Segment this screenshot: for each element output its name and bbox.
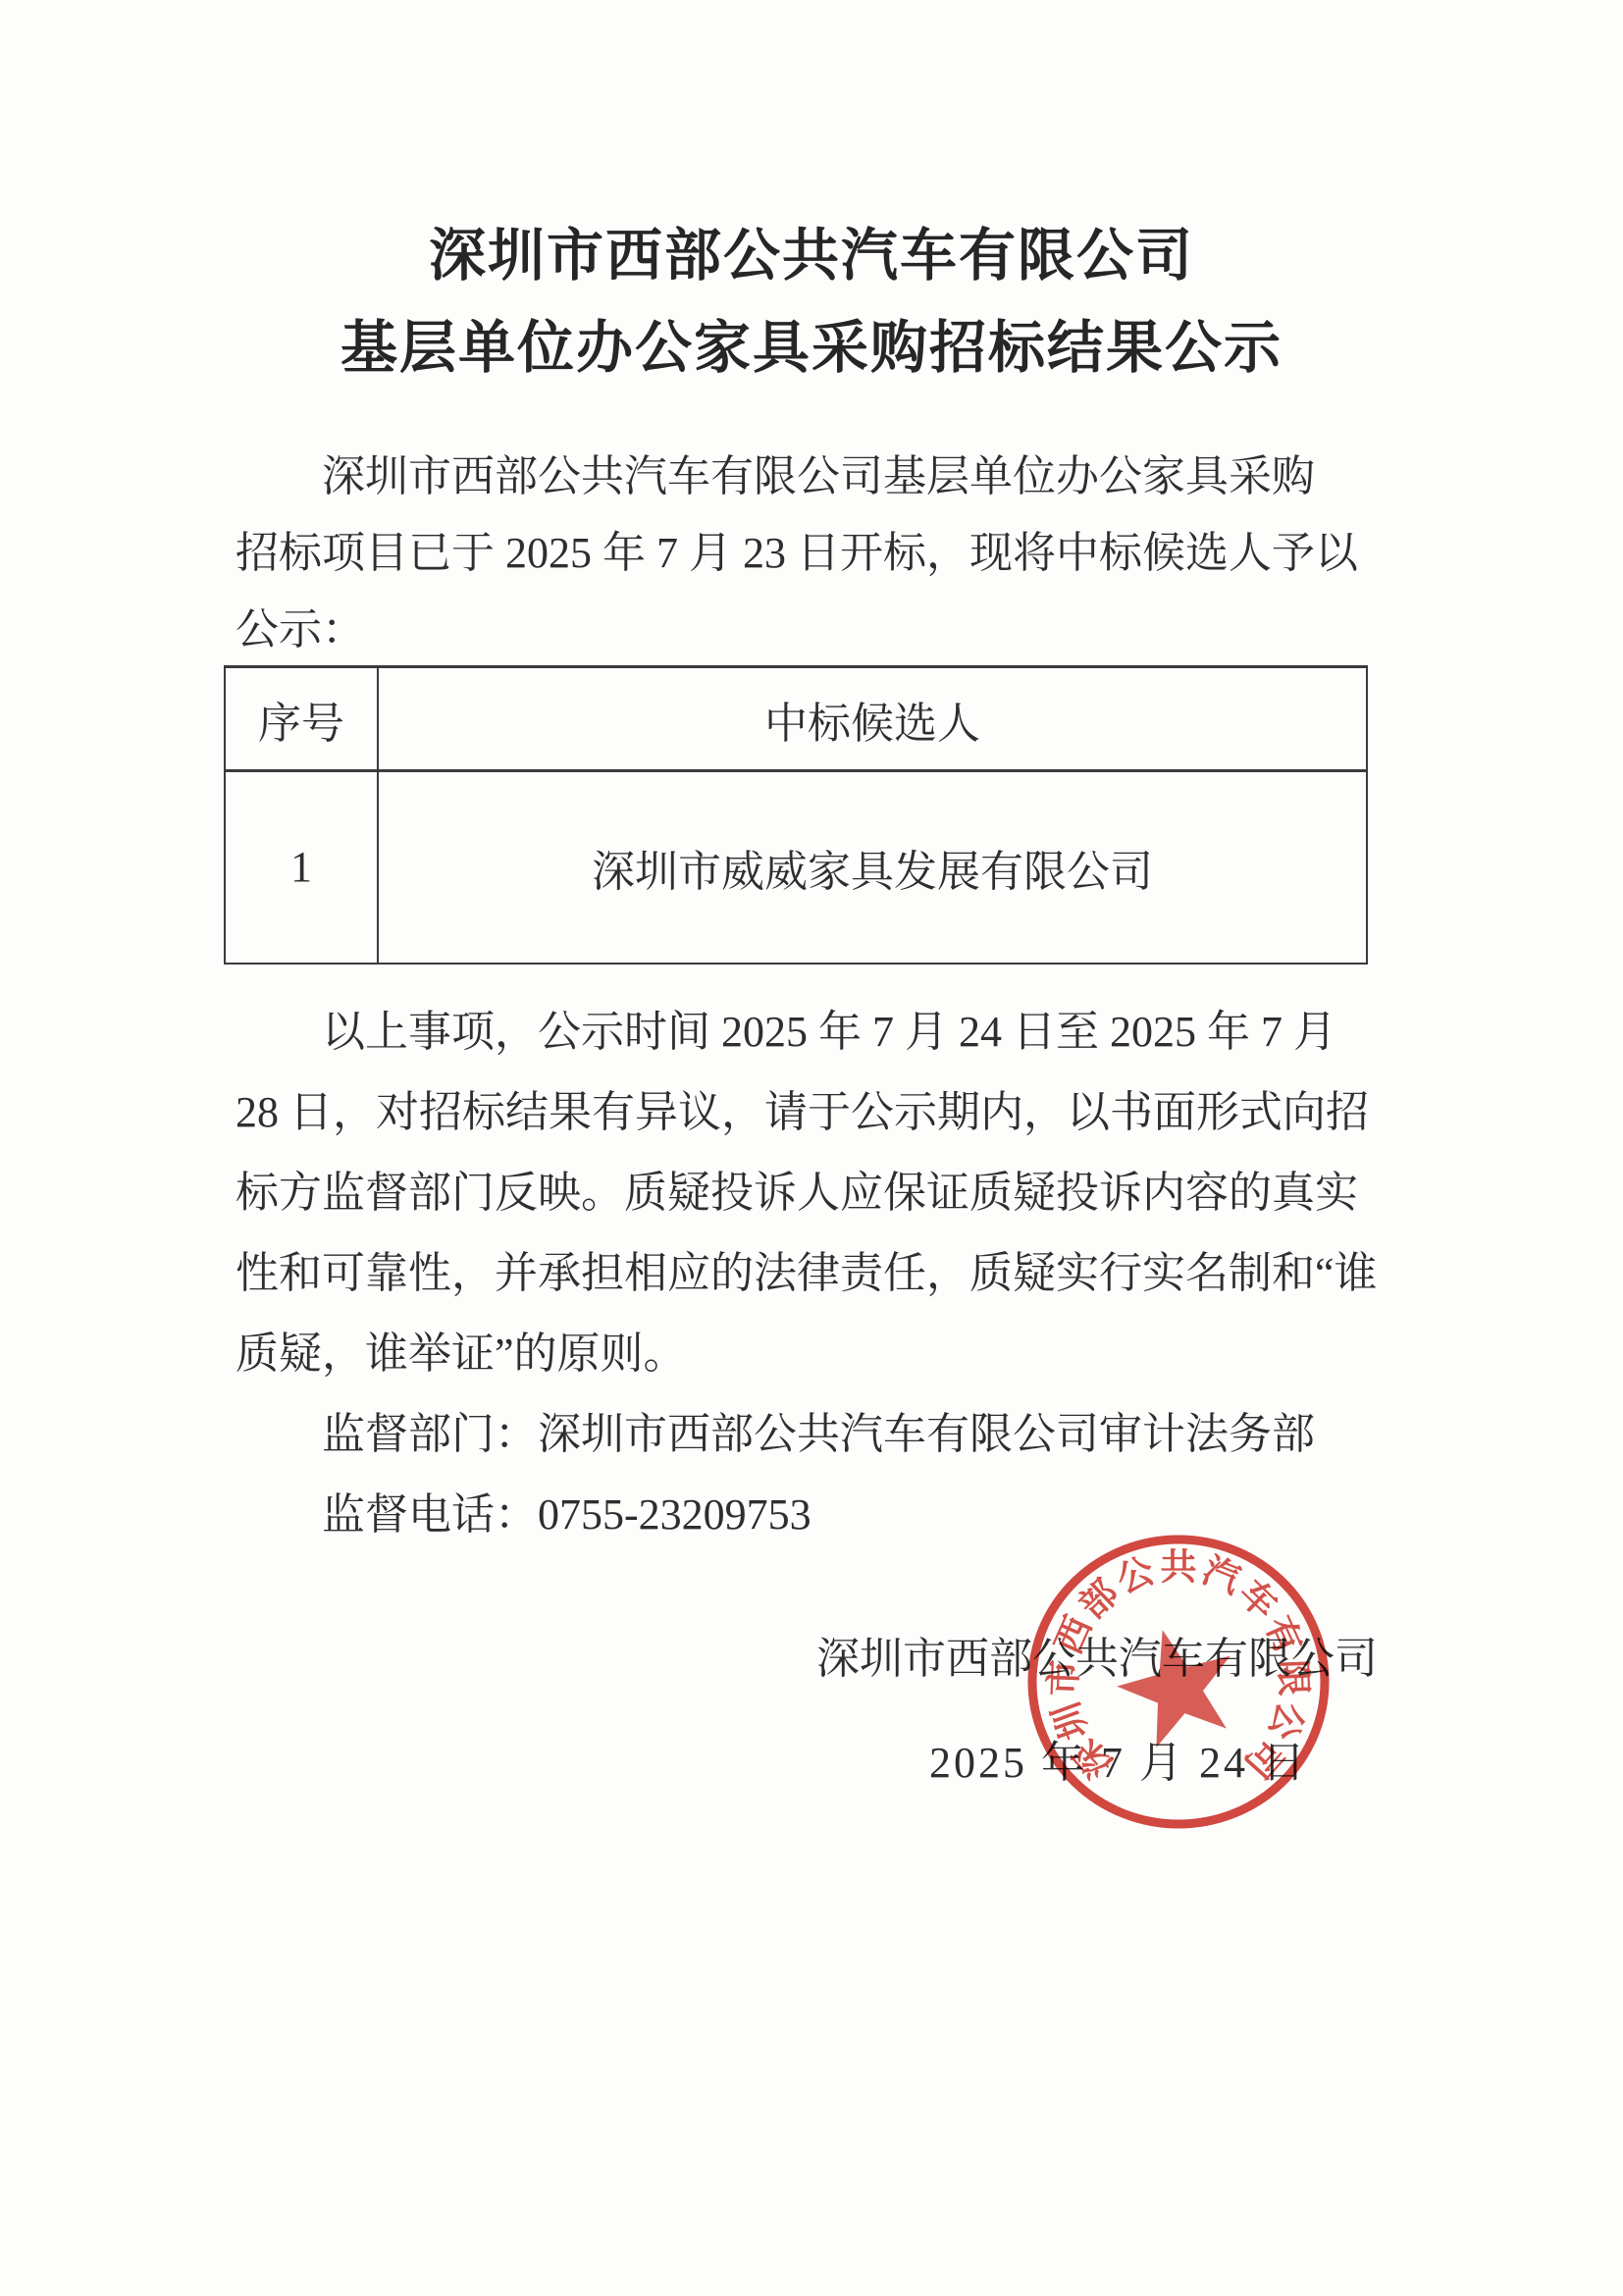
title-line-2: 基层单位办公家具采购招标结果公示 (0, 302, 1623, 394)
title-line-1: 深圳市西部公共汽车有限公司 (0, 210, 1623, 302)
notice-line-2: 28 日，对招标结果有异议，请于公示期内，以书面形式向招 (236, 1068, 1389, 1148)
svg-text:市: 市 (1043, 1659, 1085, 1696)
company-seal: 深圳市西部公共汽车有限公司 (1019, 1527, 1338, 1839)
supervision-department-line: 监督部门：深圳市西部公共汽车有限公司审计法务部 (236, 1389, 1389, 1470)
document-title: 深圳市西部公共汽车有限公司 基层单位办公家具采购招标结果公示 (0, 210, 1623, 394)
notice-line-3: 标方监督部门反映。质疑投诉人应保证质疑投诉内容的真实 (236, 1148, 1389, 1228)
intro-line-3: 公示： (236, 587, 1389, 663)
company-seal-graphic: 深圳市西部公共汽车有限公司 (1019, 1527, 1338, 1839)
table-header-row: 序号 中标候选人 (225, 667, 1367, 771)
svg-text:共: 共 (1161, 1547, 1197, 1589)
header-cell-candidate: 中标候选人 (378, 667, 1367, 771)
notice-paragraph: 以上事项，公示时间 2025 年 7 月 24 日至 2025 年 7 月 28… (236, 987, 1389, 1389)
svg-text:圳: 圳 (1046, 1696, 1096, 1745)
document-page: 深圳市西部公共汽车有限公司 基层单位办公家具采购招标结果公示 深圳市西部公共汽车… (0, 0, 1623, 2296)
page: { "document": { "title_lines": [ "深圳市西部公… (0, 0, 1623, 2296)
intro-line-2: 招标项目已于 2025 年 7 月 23 日开标，现将中标候选人予以 (236, 510, 1389, 587)
intro-line-1: 深圳市西部公共汽车有限公司基层单位办公家具采购 (236, 434, 1389, 510)
bid-results-table: 序号 中标候选人 1 深圳市威威家具发展有限公司 (224, 665, 1368, 965)
header-cell-no: 序号 (225, 667, 378, 771)
svg-text:限: 限 (1272, 1659, 1314, 1696)
table-row: 1 深圳市威威家具发展有限公司 (225, 771, 1367, 964)
seal-star-icon (1106, 1615, 1248, 1753)
intro-paragraph: 深圳市西部公共汽车有限公司基层单位办公家具采购 招标项目已于 2025 年 7 … (236, 434, 1389, 663)
notice-line-1: 以上事项，公示时间 2025 年 7 月 24 日至 2025 年 7 月 (236, 987, 1389, 1068)
cell-row-no: 1 (225, 771, 378, 964)
notice-line-4: 性和可靠性，并承担相应的法律责任，质疑实行实名制和“谁 (236, 1228, 1389, 1309)
notice-line-5: 质疑，谁举证”的原则。 (236, 1309, 1389, 1389)
cell-candidate-name: 深圳市威威家具发展有限公司 (378, 771, 1367, 964)
